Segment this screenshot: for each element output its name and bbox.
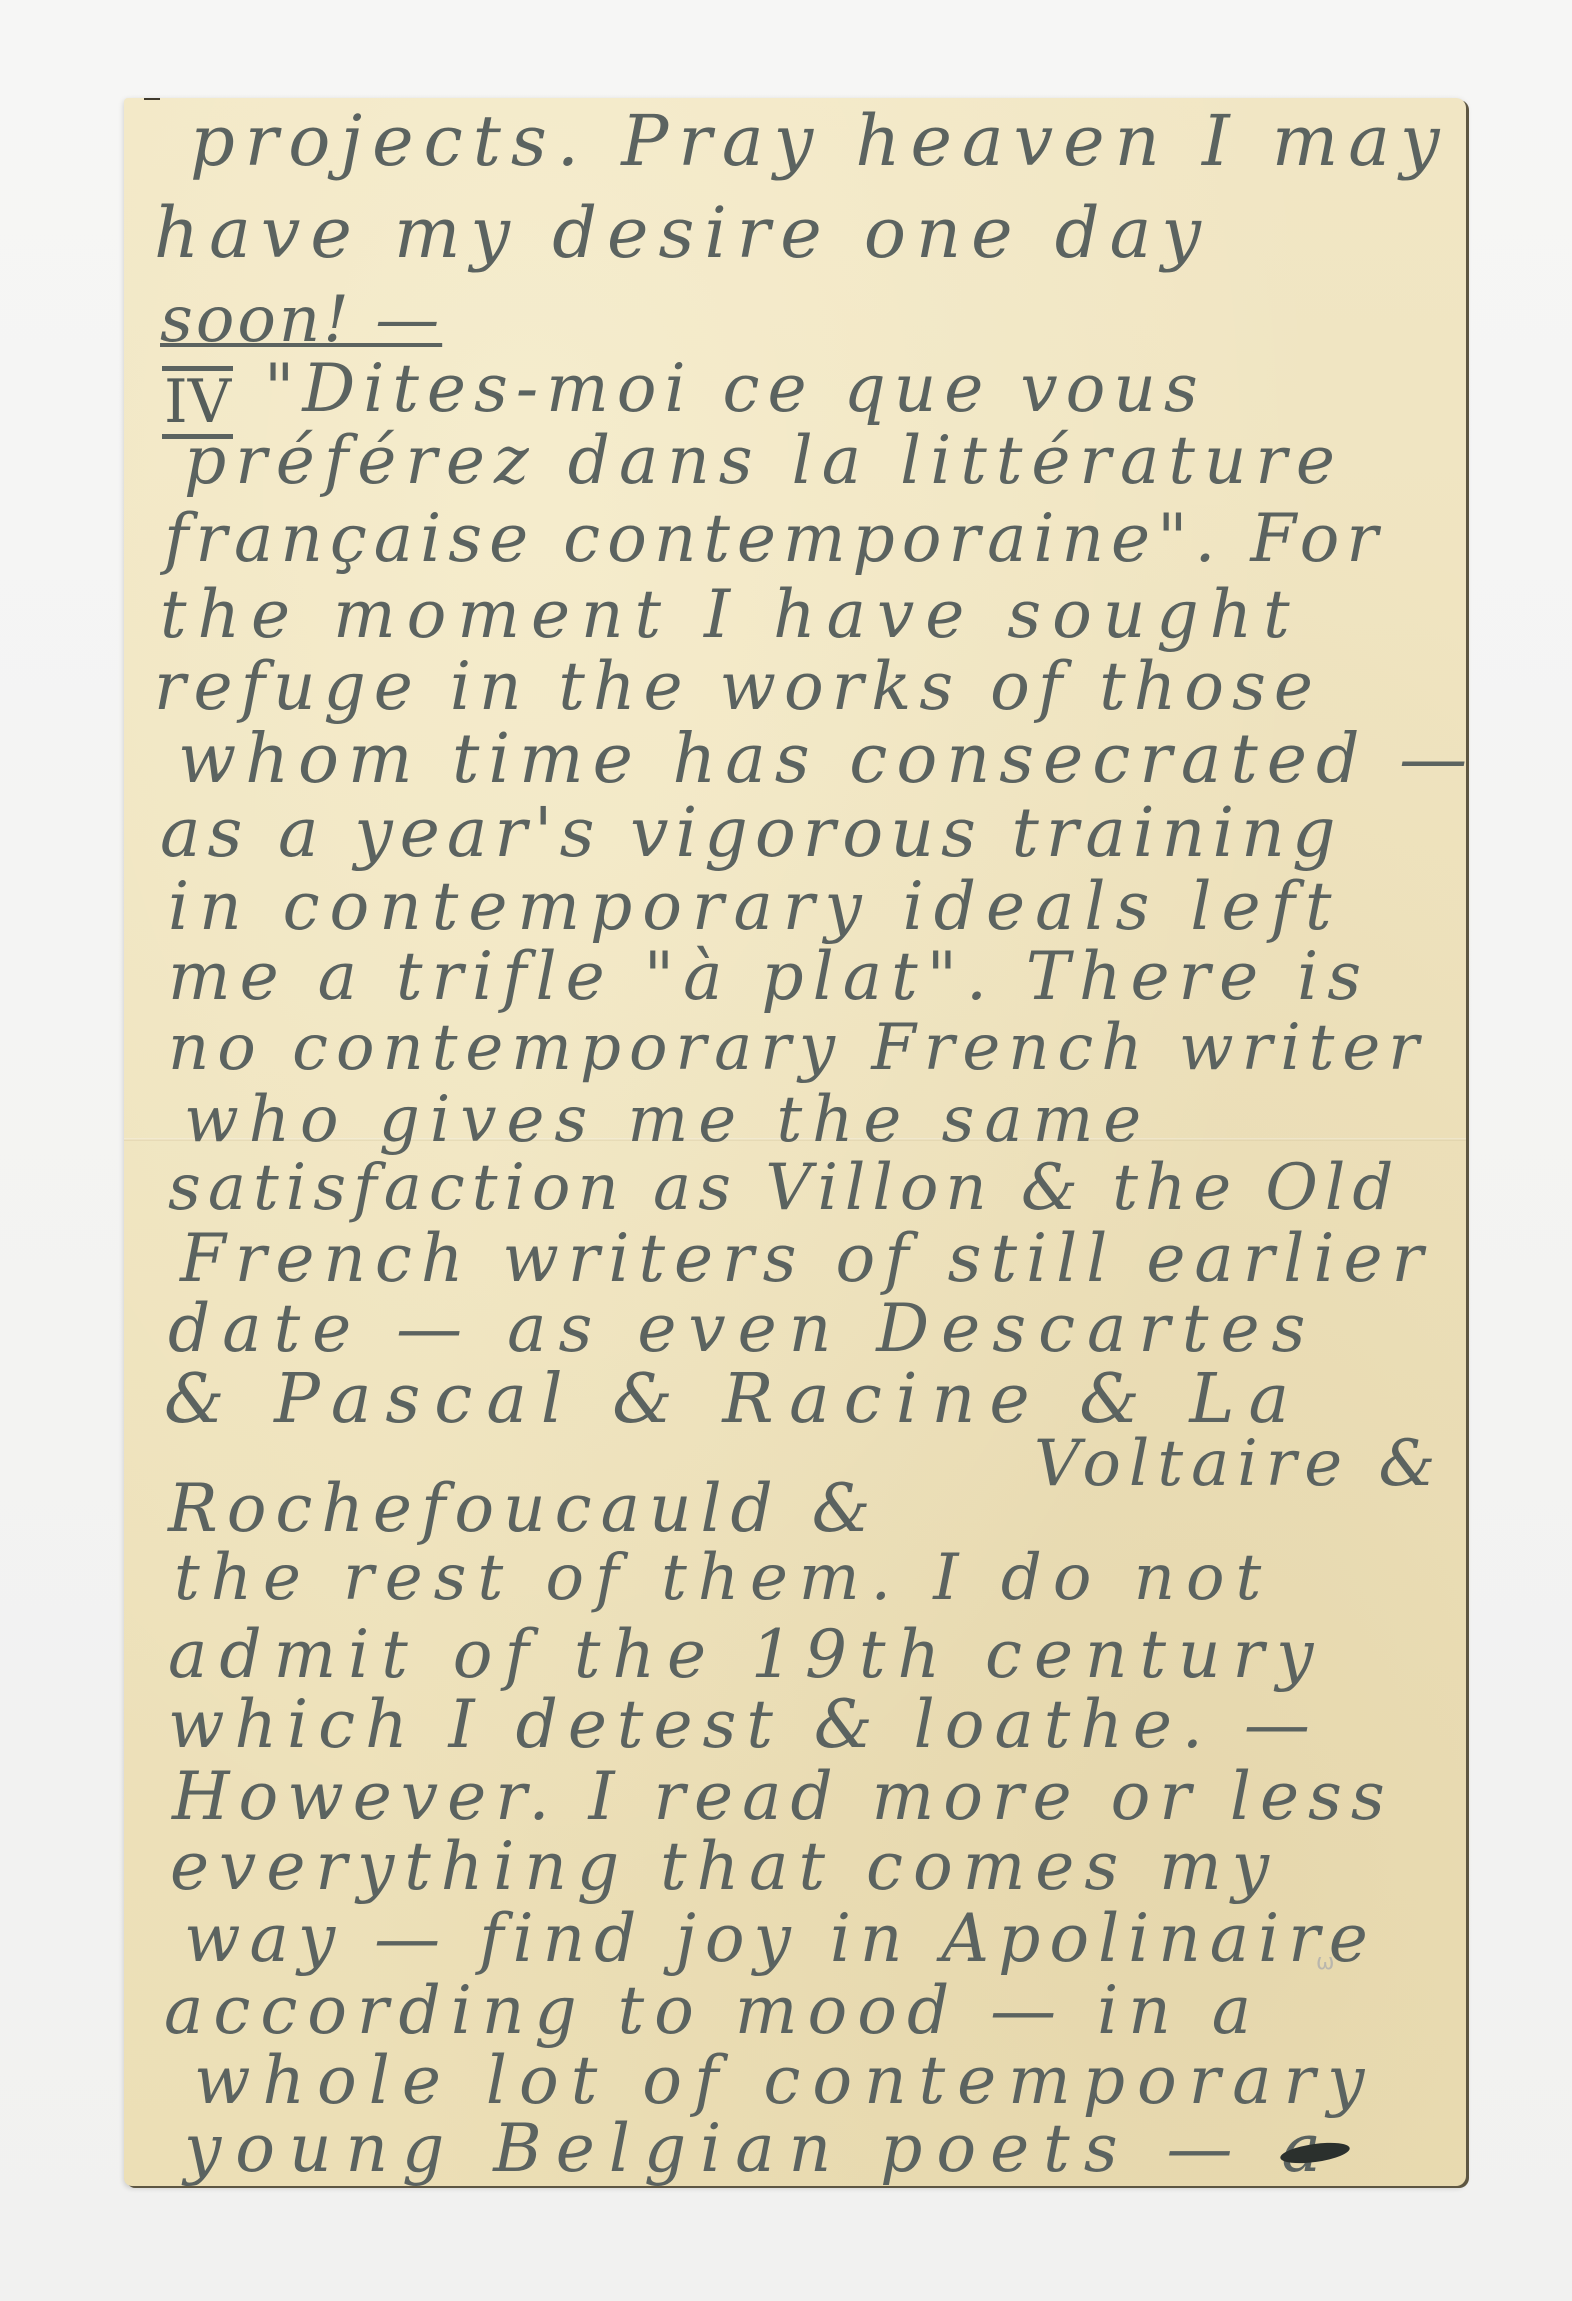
manuscript-line-23: which I detest & loathe. — [168,1692,1320,1758]
manuscript-line-28: whole lot of contemporary [194,2048,1376,2114]
manuscript-line-25: everything that comes my [170,1834,1279,1900]
manuscript-line-20: Rochefoucauld & [168,1476,880,1542]
manuscript-line-1: projects. Pray heaven I may [190,106,1450,176]
manuscript-line-26: way — find joy in Apolinaire [184,1906,1377,1972]
manuscript-line-5: préférez dans la littérature [184,428,1344,494]
manuscript-line-24: However. I read more or less [172,1764,1394,1830]
manuscript-line-22: admit of the 19th century [168,1622,1325,1688]
manuscript-line-12: me a trifle "à plat". There is [168,944,1370,1010]
manuscript-line-4: "Dites-moi ce que vous [264,356,1206,422]
manuscript-line-27: according to mood — in a [164,1978,1261,2044]
manuscript-line-7: the moment I have sought [160,582,1301,648]
manuscript-line-13: no contemporary French writer [168,1016,1427,1080]
manuscript-line-6: française contemporaine". For [164,506,1385,572]
manuscript-line-29: young Belgian poets — a [184,2116,1335,2182]
manuscript-line-16: French writers of still earlier [180,1226,1432,1292]
manuscript-line-19: Voltaire & [1034,1432,1443,1496]
corner-ink-mark [144,98,160,100]
manuscript-line-3: soon! — [160,288,442,352]
manuscript-line-8: refuge in the works of those [154,654,1321,720]
manuscript-line-14: who gives me the same [184,1088,1151,1152]
manuscript-line-2: have my desire one day [154,198,1211,268]
manuscript-line-21: the rest of them. I do not [174,1546,1272,1610]
manuscript-line-11: in contemporary ideals left [168,874,1342,940]
manuscript-line-9: whom time has consecrated — [178,726,1476,794]
manuscript-line-17: date — as even Descartes [168,1296,1317,1362]
manuscript-page: projects. Pray heaven I may have my desi… [124,98,1466,2186]
manuscript-line-10: as a year's vigorous training [160,800,1343,868]
pencil-marginal-mark: ω [1316,1950,1334,1975]
manuscript-line-18: & Pascal & Racine & La [164,1366,1303,1434]
manuscript-line-15: satisfaction as Villon & the Old [168,1156,1400,1220]
